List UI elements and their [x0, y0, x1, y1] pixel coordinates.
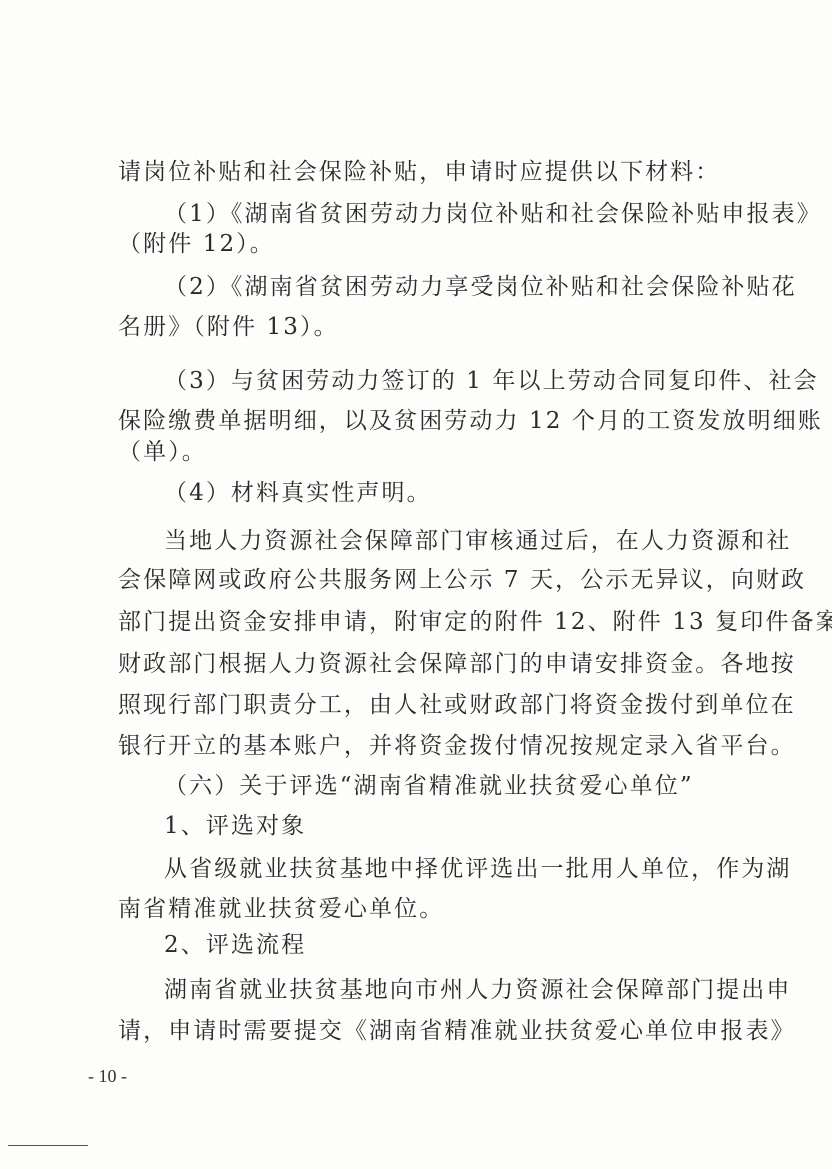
- text-line: （2）《湖南省贫困劳动力享受岗位补贴和社会保险补贴花: [164, 273, 797, 301]
- text-line: 当地人力资源社会保障部门审核通过后，在人力资源和社: [164, 527, 792, 555]
- text-line: 请岗位补贴和社会保险补贴，申请时应提供以下材料：: [118, 158, 720, 186]
- text-line: 会保障网或政府公共服务网上公示 7 天，公示无异议，向财政: [118, 566, 806, 594]
- text-line: 银行开立的基本账户，并将资金拨付情况按规定录入省平台。: [118, 732, 796, 760]
- text-line: 请，申请时需要提交《湖南省精准就业扶贫爱心单位申报表》: [118, 1017, 796, 1045]
- text-line: 财政部门根据人力资源社会保障部门的申请安排资金。各地按: [118, 650, 796, 678]
- text-line: 保险缴费单据明细，以及贫困劳动力 12 个月的工资发放明细账: [118, 407, 823, 435]
- text-line: （4）材料真实性声明。: [164, 479, 432, 507]
- page-number: - 10 -: [88, 1066, 127, 1087]
- text-line: 部门提出资金安排申请，附审定的附件 12、附件 13 复印件备案，: [118, 608, 832, 636]
- text-line: （3）与贫困劳动力签订的 1 年以上劳动合同复印件、社会: [164, 367, 819, 395]
- text-line: （六）关于评选“湖南省精准就业扶贫爱心单位”: [164, 772, 694, 800]
- text-line: （1）《湖南省贫困劳动力岗位补贴和社会保险补贴申报表》: [164, 200, 822, 228]
- text-line: 照现行部门职责分工，由人社或财政部门将资金拨付到单位在: [118, 691, 796, 719]
- footer-rule: [8, 1145, 88, 1146]
- text-line: 从省级就业扶贫基地中择优评选出一批用人单位，作为湖: [164, 855, 792, 883]
- text-line: （附件 12）。: [118, 230, 275, 258]
- text-line: （单）。: [118, 438, 207, 466]
- text-line: 湖南省就业扶贫基地向市州人力资源社会保障部门提出申: [164, 976, 792, 1004]
- text-line: 1、评选对象: [164, 812, 306, 840]
- text-line: 南省精准就业扶贫爱心单位。: [118, 895, 444, 923]
- text-line: 名册》（附件 13）。: [118, 313, 339, 341]
- text-line: 2、评选流程: [164, 931, 306, 959]
